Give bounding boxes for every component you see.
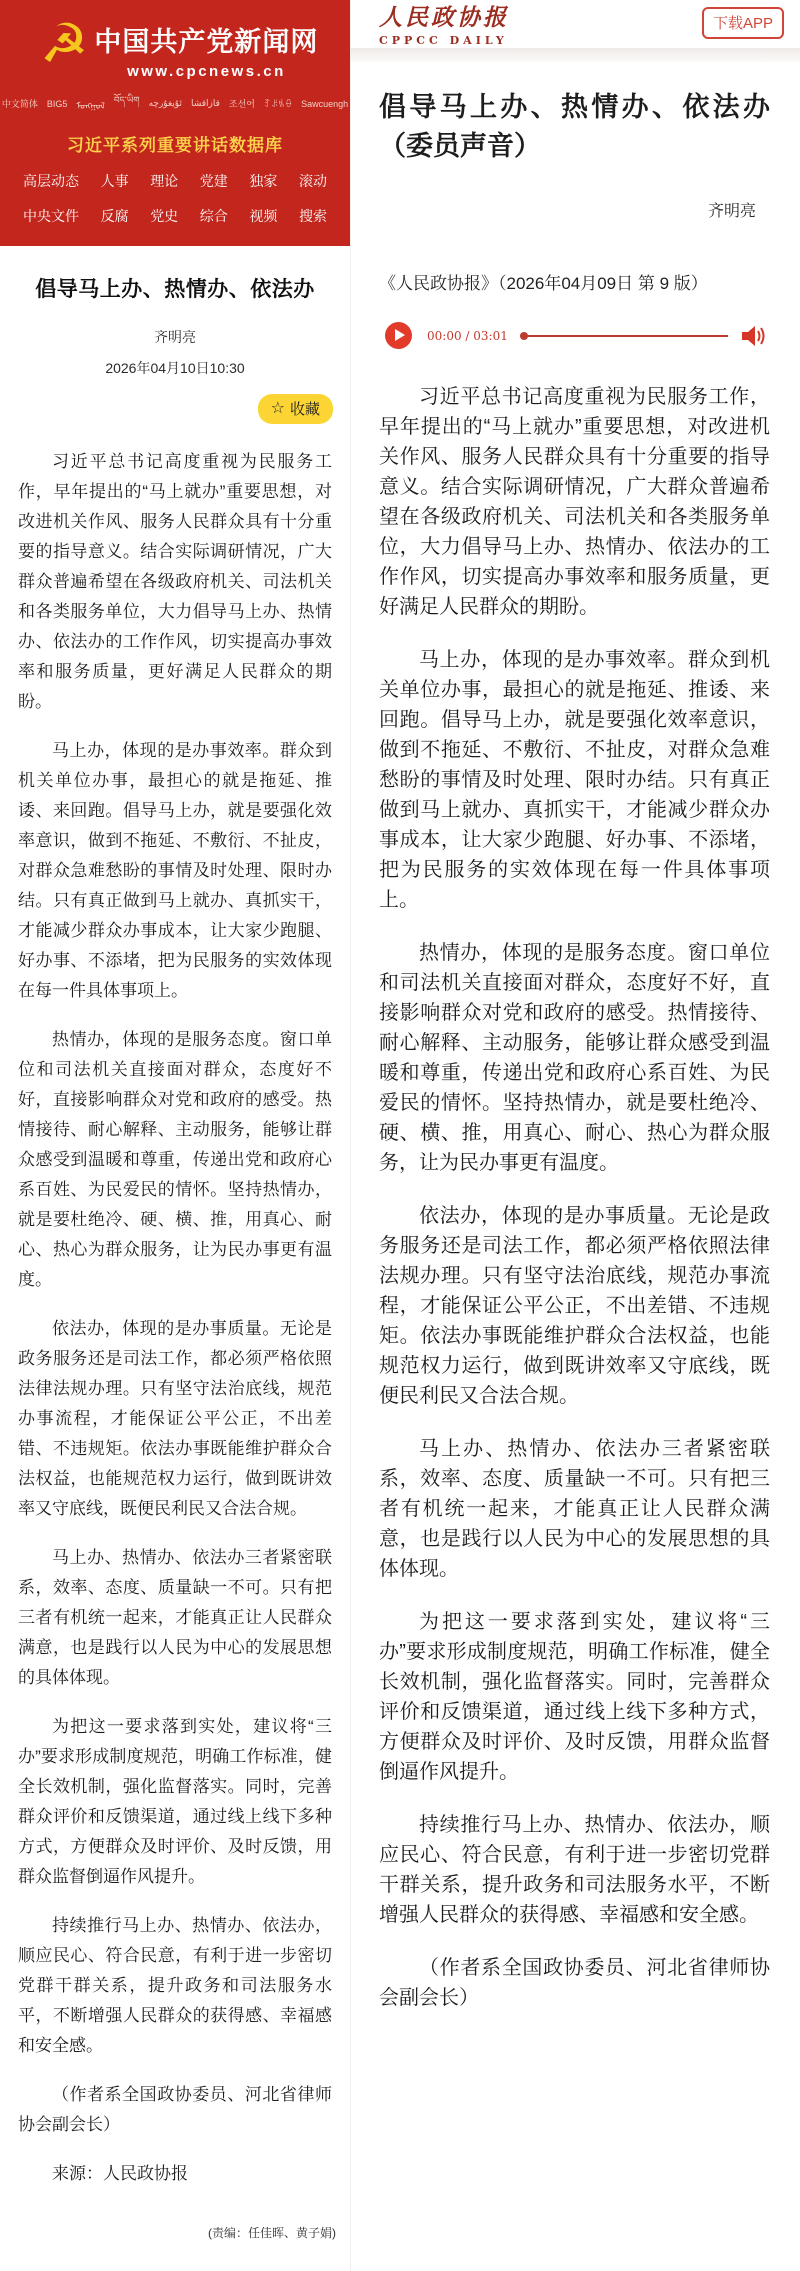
article-paragraph: 为把这一要求落到实处，建议将“三办”要求形成制度规范，明确工作标准，健全长效机制… bbox=[379, 1607, 770, 1787]
nav-item-zonghe[interactable]: 综合 bbox=[200, 206, 228, 226]
nav-item-gaoceng[interactable]: 高层动态 bbox=[23, 171, 79, 191]
editors-line: (责编：任佳晖、黄子娟) bbox=[0, 2208, 350, 2261]
audio-time: 00:00 / 03:01 bbox=[427, 329, 508, 343]
article-paragraph: 习近平总书记高度重视为民服务工作，早年提出的“马上就办”重要思想，对改进机关作风… bbox=[379, 382, 770, 622]
nav-item-zhongyangwenjian[interactable]: 中央文件 bbox=[23, 206, 79, 226]
language-bar: 中文简体 BIG5 ᠮᠤᠩᠭᠤᠯ བོད་ཡིག ئۇيغۇرچە قازاقش… bbox=[0, 91, 350, 116]
lang-link[interactable]: བོད་ཡིག bbox=[114, 91, 140, 116]
lang-link[interactable]: ꆈꌠꁱꂷ bbox=[264, 98, 292, 110]
left-article: 倡导马上办、热情办、依法办 齐明亮 2026年04月10日10:30 ☆ 收藏 … bbox=[0, 273, 350, 2271]
site-url: www.cpcnews.cn bbox=[94, 63, 318, 80]
audio-progress-bar[interactable] bbox=[521, 335, 728, 337]
article-title: 倡导马上办、热情办、依法办（委员声音） bbox=[351, 62, 800, 166]
author-note: （作者系全国政协委员、河北省律师协会副会长） bbox=[18, 2080, 332, 2140]
nav-item-lilun[interactable]: 理论 bbox=[150, 171, 178, 191]
cppcc-logo-text: 人民政协报 bbox=[379, 0, 509, 32]
article-paragraph: 依法办，体现的是办事质量。无论是政务服务还是司法工作，都必须严格依照法律法规办理… bbox=[18, 1314, 332, 1524]
nav-item-sousuo[interactable]: 搜索 bbox=[299, 206, 327, 226]
nav-row-1: 高层动态 人事 理论 党建 独家 滚动 bbox=[0, 171, 350, 191]
cppcc-panel: 人民政协报 CPPCC DAILY 下载APP 倡导马上办、热情办、依法办（委员… bbox=[350, 0, 800, 2271]
article-paragraph: 习近平总书记高度重视为民服务工作，早年提出的“马上就办”重要思想，对改进机关作风… bbox=[18, 447, 332, 717]
article-paragraph: 持续推行马上办、热情办、依法办，顺应民心、符合民意，有利于进一步密切党群干群关系… bbox=[18, 1911, 332, 2061]
article-paragraph: 依法办，体现的是办事质量。无论是政务服务还是司法工作，都必须严格依照法律法规办理… bbox=[379, 1201, 770, 1411]
lang-link[interactable]: 中文简体 bbox=[2, 97, 38, 110]
favorite-button[interactable]: ☆ 收藏 bbox=[258, 394, 333, 424]
source-line: 来源：人民政协报 bbox=[18, 2159, 332, 2189]
nav-row-2: 中央文件 反腐 党史 综合 视频 搜索 bbox=[0, 206, 350, 226]
article-paragraph: 马上办，体现的是办事效率。群众到机关单位办事，最担心的就是拖延、推诿、来回跑。倡… bbox=[379, 645, 770, 915]
speaker-icon[interactable] bbox=[741, 324, 768, 348]
cppcc-brand[interactable]: 人民政协报 CPPCC DAILY bbox=[379, 0, 509, 47]
lang-link[interactable]: ئۇيغۇرچە bbox=[149, 98, 182, 109]
page: ☭ 中国共产党新闻网 www.cpcnews.cn 中文简体 BIG5 ᠮᠤᠩᠭ… bbox=[0, 0, 800, 2271]
nav-item-renshi[interactable]: 人事 bbox=[101, 171, 129, 191]
nav-item-dangshi[interactable]: 党史 bbox=[150, 206, 178, 226]
article-date: 2026年04月10日10:30 bbox=[0, 358, 350, 378]
article-title: 倡导马上办、热情办、依法办 bbox=[0, 273, 350, 303]
site-title: 中国共产党新闻网 bbox=[94, 27, 318, 57]
article-paragraph: 马上办、热情办、依法办三者紧密联系，效率、态度、质量缺一不可。只有把三者有机统一… bbox=[18, 1543, 332, 1693]
lang-link[interactable]: Sawcuengh bbox=[301, 99, 348, 109]
author-note: （作者系全国政协委员、河北省律师协会副会长） bbox=[379, 1953, 770, 2013]
header-divider bbox=[351, 48, 800, 62]
hammer-sickle-icon: ☭ bbox=[40, 14, 88, 74]
star-icon: ☆ bbox=[271, 401, 285, 417]
lang-link[interactable]: قازاقشا bbox=[191, 98, 220, 109]
xi-speech-database-banner[interactable]: 习近平系列重要讲话数据库 bbox=[0, 131, 350, 156]
article-paragraph: 马上办，体现的是办事效率。群众到机关单位办事，最担心的就是拖延、推诿、来回跑。倡… bbox=[18, 736, 332, 1006]
lang-link[interactable]: BIG5 bbox=[47, 99, 68, 109]
play-button[interactable] bbox=[385, 322, 412, 349]
download-app-button[interactable]: 下载APP bbox=[702, 7, 784, 39]
nav-item-gundong[interactable]: 滚动 bbox=[299, 171, 327, 191]
cpcnews-brand[interactable]: ☭ 中国共产党新闻网 www.cpcnews.cn bbox=[0, 14, 350, 80]
favorite-row: ☆ 收藏 bbox=[0, 394, 350, 424]
article-paragraph: 热情办，体现的是服务态度。窗口单位和司法机关直接面对群众，态度好不好，直接影响群… bbox=[379, 938, 770, 1178]
article-author: 齐明亮 bbox=[351, 198, 800, 221]
lang-link[interactable]: 조선어 bbox=[229, 97, 255, 110]
article-author: 齐明亮 bbox=[0, 327, 350, 347]
left-article-body: 习近平总书记高度重视为民服务工作，早年提出的“马上就办”重要思想，对改进机关作风… bbox=[0, 424, 350, 2189]
cppcc-header: 人民政协报 CPPCC DAILY 下载APP bbox=[351, 0, 800, 48]
article-paragraph: 热情办，体现的是服务态度。窗口单位和司法机关直接面对群众，态度好不好，直接影响群… bbox=[18, 1025, 332, 1295]
nav-item-dujia[interactable]: 独家 bbox=[249, 171, 277, 191]
nav-item-dangjian[interactable]: 党建 bbox=[200, 171, 228, 191]
article-paragraph: 持续推行马上办、热情办、依法办，顺应民心、符合民意，有利于进一步密切党群干群关系… bbox=[379, 1810, 770, 1930]
publication-source-line: 《人民政协报》（2026年04月09日 第 9 版） bbox=[351, 269, 800, 294]
article-paragraph: 为把这一要求落到实处，建议将“三办”要求形成制度规范，明确工作标准，健全长效机制… bbox=[18, 1712, 332, 1892]
lang-link[interactable]: ᠮᠤᠩᠭᠤᠯ bbox=[76, 96, 104, 112]
favorite-label: 收藏 bbox=[290, 398, 320, 419]
cpcnews-header: ☭ 中国共产党新闻网 www.cpcnews.cn 中文简体 BIG5 ᠮᠤᠩᠭ… bbox=[0, 0, 350, 246]
article-paragraph: 马上办、热情办、依法办三者紧密联系，效率、态度、质量缺一不可。只有把三者有机统一… bbox=[379, 1434, 770, 1584]
audio-player: 00:00 / 03:01 bbox=[351, 322, 800, 349]
right-article-body: 习近平总书记高度重视为民服务工作，早年提出的“马上就办”重要思想，对改进机关作风… bbox=[351, 349, 800, 2072]
nav-item-fanfu[interactable]: 反腐 bbox=[101, 206, 129, 226]
cppcc-logo-subtext: CPPCC DAILY bbox=[379, 34, 509, 47]
cpcnews-panel: ☭ 中国共产党新闻网 www.cpcnews.cn 中文简体 BIG5 ᠮᠤᠩᠭ… bbox=[0, 0, 350, 2271]
nav-item-shipin[interactable]: 视频 bbox=[249, 206, 277, 226]
